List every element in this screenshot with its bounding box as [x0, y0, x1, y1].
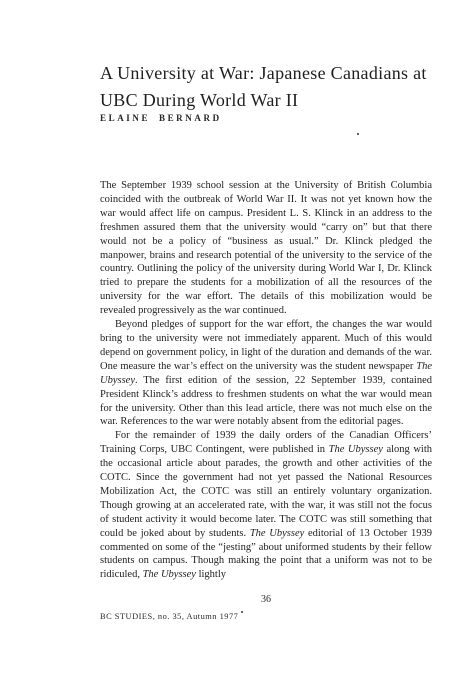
text-run: The September 1939 school session at the… — [100, 180, 432, 316]
article-title-line-1: A University at War: Japanese Canadians … — [100, 60, 440, 87]
journal-footer: BC STUDIES, no. 35, Autumn 1977 — [100, 612, 238, 621]
text-run: Beyond pledges of support for the war ef… — [100, 319, 432, 372]
text-run-italic: The Ubyssey — [250, 528, 304, 539]
article-title-line-2: UBC During World War II — [100, 87, 440, 114]
article-title: A University at War: Japanese Canadians … — [100, 60, 440, 114]
page-number: 36 — [100, 594, 432, 605]
scan-speck — [241, 611, 243, 613]
paragraph-2: Beyond pledges of support for the war ef… — [100, 318, 432, 429]
text-run-italic: The Ubyssey — [329, 444, 383, 455]
text-run: along with the occasional article about … — [100, 444, 432, 538]
document-page: A University at War: Japanese Canadians … — [0, 0, 468, 692]
paragraph-3: For the remainder of 1939 the daily orde… — [100, 429, 432, 582]
text-run: . The first edition of the session, 22 S… — [100, 375, 432, 428]
paragraph-1: The September 1939 school session at the… — [100, 179, 432, 318]
text-run: lightly — [196, 569, 226, 580]
scan-speck — [357, 133, 359, 135]
article-author: ELAINE BERNARD — [100, 113, 222, 123]
text-run-italic: The Ubyssey — [143, 569, 196, 580]
article-body: The September 1939 school session at the… — [100, 179, 432, 582]
